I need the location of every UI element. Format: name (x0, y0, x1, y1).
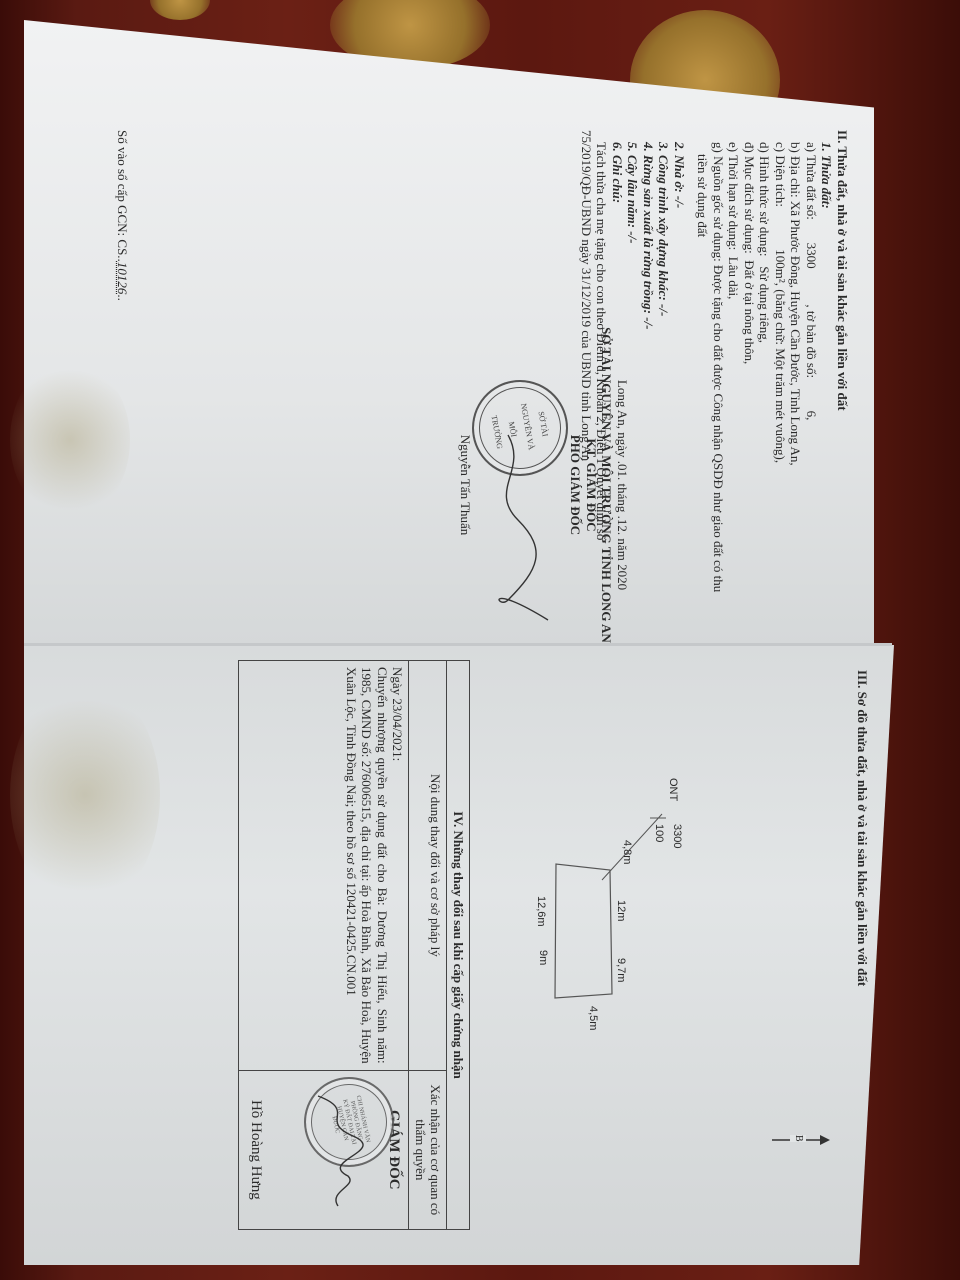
parcel-area: 100 (651, 824, 667, 842)
parcel-diagram: ONT 3300 100 4,8m 12m 9,7m 4,5m 9m 12,6m (480, 800, 680, 1060)
confirm-role: GIÁM ĐỐC (386, 1077, 402, 1223)
section-2: II. Thửa đất, nhà ở và tài sản khác gắn … (90, 130, 850, 650)
changes-table: IV. Những thay đổi sau khi cấp giấy chứn… (239, 660, 471, 1230)
signer-role-1: KT. GIÁM ĐỐC (584, 320, 600, 650)
signer-role-2: PHÓ GIÁM ĐỐC (568, 320, 584, 650)
registry-label: Số vào sổ cấp GCN: CS.. (115, 130, 130, 262)
section-3-4: III. Sơ đồ thửa đất, nhà ở và tài sản kh… (110, 660, 870, 1260)
agency-name: SỞ TÀI NGUYÊN VÀ MÔI TRƯỜNG TỈNH LONG AN (599, 320, 615, 650)
confirmation-cell: GIÁM ĐỐC CHI NHÁNH VĂN PHÒNG ĐĂNG KÝ ĐẤT… (239, 1070, 409, 1229)
usage-origin-cont: tiền sử dụng đất (695, 130, 711, 650)
parcel-code: ONT (665, 778, 681, 801)
area: c) Diện tích: 100m², (bằng chữ: Một trăm… (773, 130, 789, 650)
signature-scribble (478, 430, 568, 630)
north-label: B (791, 1135, 807, 1142)
registry-suffix: .. (115, 294, 130, 301)
registry-number: Số vào sổ cấp GCN: CS..10126.. (115, 130, 131, 301)
dim-label: 4,8m (619, 840, 635, 864)
dim-label: 12,6m (533, 896, 549, 927)
signature-block: Long An, ngày .01. tháng .12. năm 2020 S… (458, 320, 631, 650)
col-change-content-header: Nội dung thay đổi và cơ sở pháp lý (409, 661, 447, 1071)
registry-value: 10126 (115, 262, 130, 295)
dim-label: 12m (613, 900, 629, 921)
other-works: 3. Công trình xây dựng khác: -/- (656, 130, 672, 650)
production-forest: 4. Rừng sản xuất là rừng trồng: -/- (641, 130, 657, 650)
usage-origin: g) Nguồn gốc sử dụng: Được tặng cho đất … (711, 130, 727, 650)
dim-label: 9,7m (613, 958, 629, 982)
house: 2. Nhà ở: -/- (672, 130, 688, 650)
parcel-no: 3300 (669, 824, 685, 848)
parcel-number: a) Thửa đất số: 3300 , tờ bản đồ số: 6, (804, 130, 820, 650)
confirm-signer-name: Hồ Hoàng Hưng (248, 1071, 264, 1229)
section-3-heading: III. Sơ đồ thửa đất, nhà ở và tài sản kh… (855, 660, 871, 1260)
usage-term: e) Thời hạn sử dụng: Lâu dài, (726, 130, 742, 650)
signer-name: Nguyễn Tấn Thuấn (458, 320, 474, 650)
address: b) Địa chỉ: Xã Phước Đông, Huyện Cần Đướ… (788, 130, 804, 650)
north-arrow: B (767, 1130, 831, 1150)
usage-purpose: đ) Mục đích sử dụng: Đất ở tại nông thôn… (742, 130, 758, 650)
section-2-heading: II. Thửa đất, nhà ở và tài sản khác gắn … (835, 130, 851, 650)
dim-label: 9m (535, 950, 551, 965)
sign-date: Long An, ngày .01. tháng .12. năm 2020 (615, 320, 631, 650)
dim-label: 4,5m (585, 1006, 601, 1030)
section-4-heading: IV. Những thay đổi sau khi cấp giấy chứn… (447, 661, 470, 1230)
change-entry: Ngày 23/04/2021: Chuyển nhượng quyền sử … (239, 661, 409, 1071)
col-confirmation-header: Xác nhận của cơ quan có thẩm quyền (409, 1070, 447, 1229)
wood-inlay-decoration (150, 0, 210, 20)
land-label: 1. Thửa đất: (819, 130, 835, 650)
signature-scribble (309, 1091, 369, 1211)
usage-form: d) Hình thức sử dụng: Sử dụng riêng, (757, 130, 773, 650)
